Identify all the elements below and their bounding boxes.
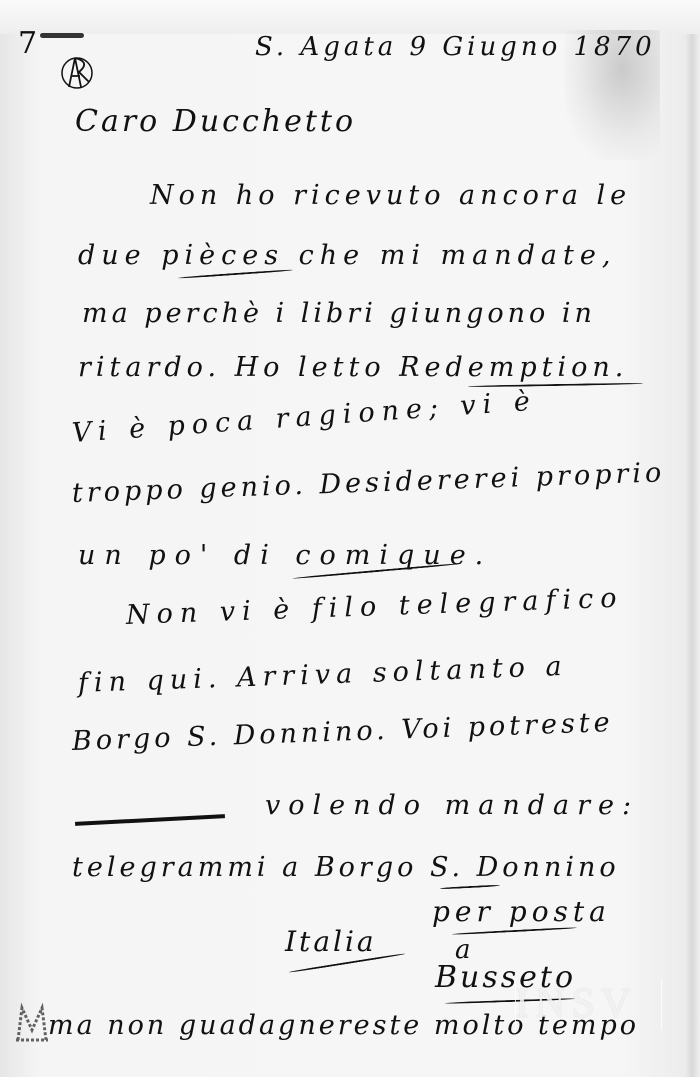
page-number: 7	[18, 26, 37, 61]
letter-line-10: Borgo S. Donnino. Voi potreste	[71, 707, 614, 757]
underline-borgo	[440, 884, 500, 889]
letter-line-4: ritardo. Ho letto Redemption.	[78, 352, 628, 383]
letter-line-8: Non vi è filo telegrafico	[125, 583, 624, 631]
letter-line-5: Vi è poca ragione; vi è	[71, 386, 538, 449]
letter-line-italia: Italia	[285, 925, 377, 958]
letter-salutation: Caro Ducchetto	[75, 104, 356, 139]
underline-redemption	[468, 382, 643, 387]
letter-line-6: troppo genio. Desidererei proprio	[71, 457, 665, 509]
struck-through-word	[75, 814, 225, 826]
archive-stamp-icon	[57, 50, 101, 94]
letter-line-1: Non ho ricevuto ancora le	[150, 180, 631, 211]
letter-line-per-posta: per posta	[432, 895, 611, 928]
letter-line-9: fin qui. Arriva soltanto a	[77, 651, 568, 699]
letter-line-12: telegrammi a Borgo S. Donnino	[72, 852, 620, 883]
letter-line-3: ma perchè i libri giungono in	[82, 298, 596, 329]
underline-per-posta	[452, 927, 577, 936]
scanned-letter-page: 7 S. Agata 9 Giugno 1870 Caro Ducchetto …	[0, 0, 700, 1077]
scan-top-shadow	[0, 0, 700, 34]
letter-place-date: S. Agata 9 Giugno 1870	[255, 32, 656, 62]
watermark-text: INSV	[515, 980, 637, 1028]
page-number-dash	[40, 33, 84, 38]
letter-line-2: due pièces che mi mandate,	[78, 240, 616, 271]
faded-stamp-icon	[12, 1000, 52, 1044]
letter-line-11: volendo mandare:	[265, 790, 639, 821]
